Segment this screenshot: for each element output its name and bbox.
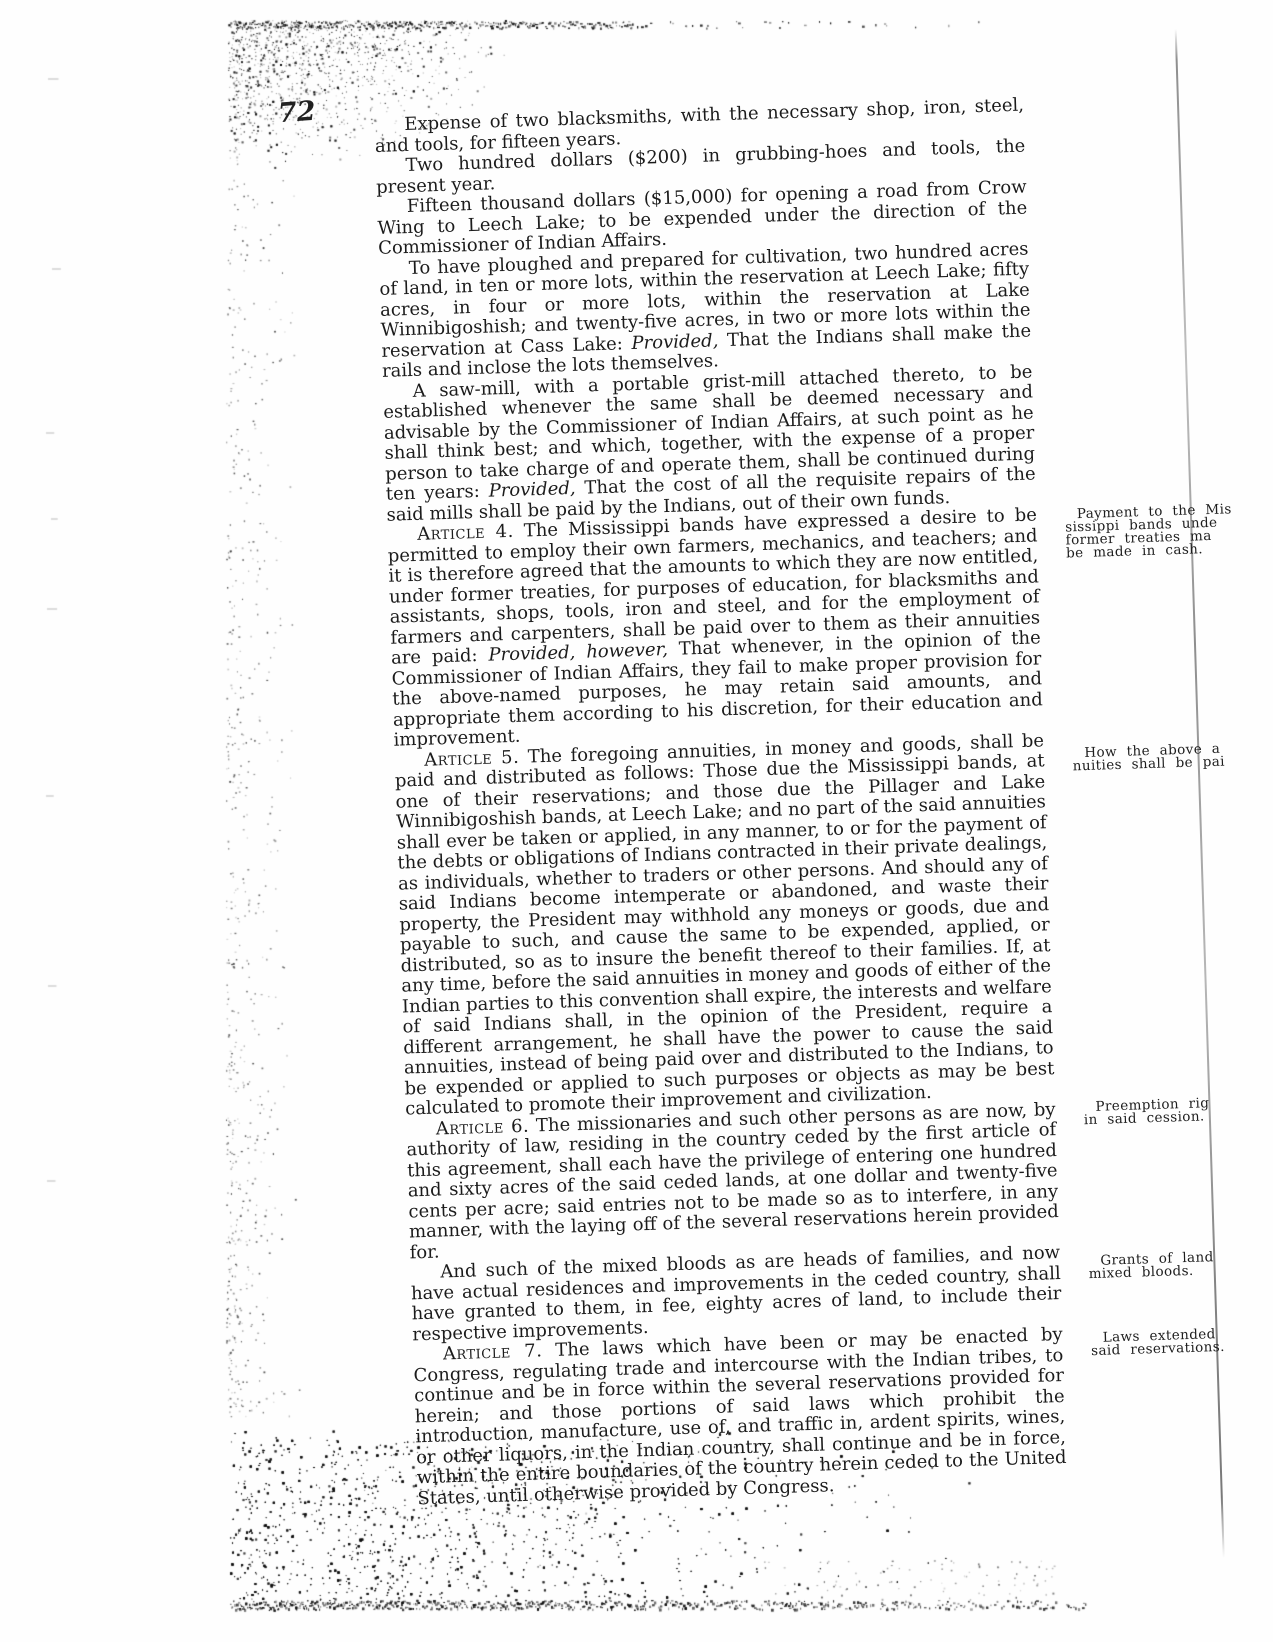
margin-note: Grants of landmixed bloods. [1088,1247,1273,1281]
paragraph: Article 6. The missionaries and such oth… [406,1100,1060,1264]
paragraph-text: The foregoing annuities, in money and go… [395,730,1055,1120]
paragraph: To have ploughed and prepared for cultiv… [379,239,1033,382]
document-body: Expense of two blacksmiths, with the nec… [374,96,1067,1510]
scan-content: Expense of two blacksmiths, with the nec… [374,96,1067,1510]
scanned-page: { "page_number": "72", "colors": { "ink"… [0,0,1273,1642]
margin-note: Preemption rigin said cession. [1083,1093,1273,1127]
paragraph: Article 7. The laws which have been or m… [413,1325,1068,1509]
margin-note: Laws extendedsaid reservations. [1091,1324,1273,1358]
margin-note: Payment to the Mississippi bands undefor… [1065,500,1273,560]
paragraph: Article 5. The foregoing annuities, in m… [394,731,1055,1120]
paragraph: Article 4. The Mississippi bands have ex… [387,505,1044,751]
paragraph: A saw-mill, with a portable grist-mill a… [382,362,1036,526]
margin-note: How the above anuities shall be pai [1072,739,1273,773]
page-number: 72 [277,96,317,130]
